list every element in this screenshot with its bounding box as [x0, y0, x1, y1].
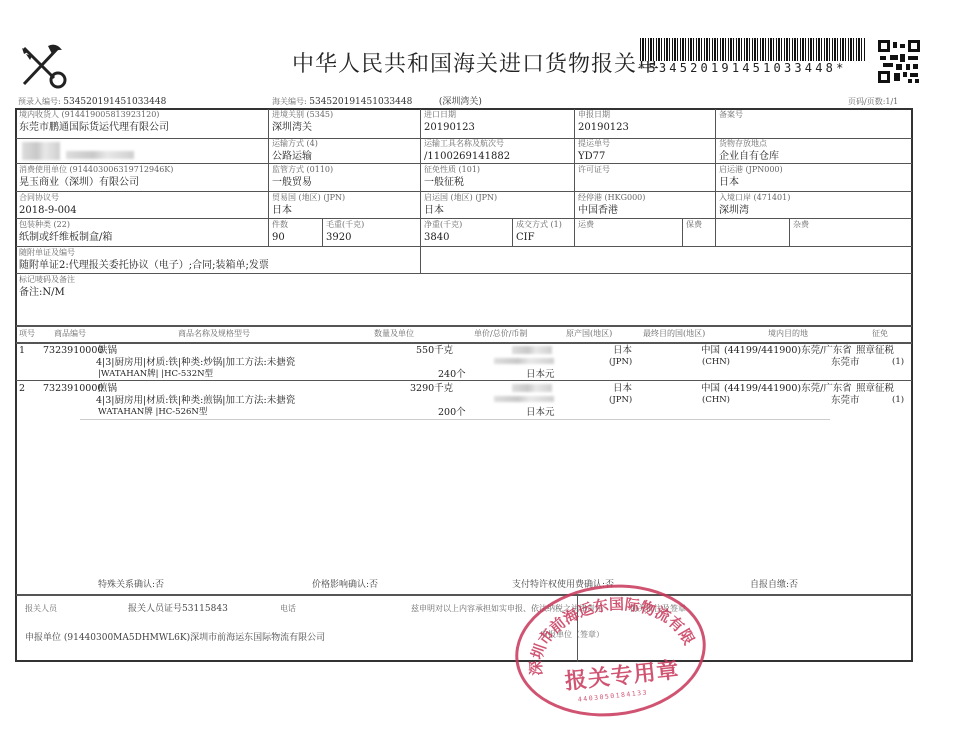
consumer-value: 晃玉商业（深圳）有限公司 — [19, 176, 173, 189]
contract-value: 2018-9-004 — [19, 204, 77, 217]
document-title: 中华人民共和国海关进口货物报关单 — [292, 47, 660, 78]
documents-label: 随附单证及编号 — [19, 248, 269, 258]
misc-fee-label: 杂费 — [793, 220, 809, 230]
item-tax: 照章征税 — [856, 382, 894, 395]
item-dest-code: (CHN) — [702, 394, 730, 407]
transport-mode-value: 公路运输 — [272, 150, 318, 163]
col-hs-code: 商品编号 — [54, 329, 86, 339]
page-indicator: 页码/页数:1/1 — [848, 97, 898, 107]
item-domestic-city: 东莞市 — [831, 394, 860, 407]
consumer-label: 消费使用单位 (914403006319712946K) — [19, 165, 173, 175]
redacted-total-price — [494, 358, 554, 364]
pieces-cell: 件数 90 — [272, 220, 288, 244]
customs-emblem-icon — [18, 40, 70, 90]
item-origin-code: (JPN) — [609, 394, 632, 407]
import-date-cell: 进口日期 20190123 — [424, 110, 475, 134]
tax-nature-value: 一般征税 — [424, 176, 480, 189]
entry-customs-cell: 进境关别 (5345) 深圳湾关 — [272, 110, 333, 134]
redacted-overseas-shipper-2 — [66, 151, 134, 159]
tax-nature-cell: 征免性质 (101) 一般征税 — [424, 165, 480, 189]
redacted-unit-price — [512, 384, 552, 392]
remarks-value: 备注:N/M — [19, 286, 75, 299]
via-port-cell: 经停港 (HKG000) 中国香港 — [578, 193, 645, 217]
customs-office: (深圳湾关) — [439, 97, 482, 107]
freight-cell: 运费 — [578, 220, 594, 231]
contract-cell: 合同协议号 2018-9-004 — [19, 193, 77, 217]
entry-port-label: 入境口岸 (471401) — [719, 193, 790, 203]
net-weight-cell: 净重(千克) 3840 — [424, 220, 462, 244]
import-date-value: 20190123 — [424, 121, 475, 134]
customs-no: 海关编号: 534520191451033448 (深圳湾关) — [272, 97, 482, 107]
insurance-label: 保费 — [686, 220, 702, 230]
departure-port-label: 启运港 (JPN000) — [719, 165, 783, 175]
pre-entry-value: 534520191451033448 — [63, 97, 166, 107]
item-qty-weight: 3290千克 — [410, 382, 453, 395]
col-tax: 征免 — [872, 329, 888, 339]
documents-value: 随附单证2:代理报关委托协议（电子）;合同;装箱单;发票 — [19, 259, 269, 272]
item-brand-model: WATAHAN牌 |HC-526N型 — [98, 406, 207, 419]
declarant-label: 报关人员 — [25, 604, 57, 614]
departure-port-value: 日本 — [719, 176, 783, 189]
trade-terms-value: CIF — [516, 231, 562, 244]
vehicle-value: /1100269141882 — [424, 150, 510, 163]
import-date-label: 进口日期 — [424, 110, 475, 120]
col-quantity: 数量及单位 — [374, 329, 414, 339]
declare-date-cell: 申报日期 20190123 — [578, 110, 629, 134]
customs-no-label: 海关编号: — [272, 97, 307, 106]
item-no: 2 — [19, 382, 25, 395]
price-impact-confirm: 价格影响确认:否 — [312, 580, 378, 590]
item-currency: 日本元 — [526, 406, 555, 419]
vehicle-label: 运输工具名称及航次号 — [424, 139, 510, 149]
customs-seal-stamp: 深圳市前海运东国际物流有限公司 报关专用章 4403050184133 — [509, 575, 713, 725]
net-weight-value: 3840 — [424, 231, 462, 244]
supervision-label: 监管方式 (0110) — [272, 165, 333, 175]
departure-port-cell: 启运港 (JPN000) 日本 — [719, 165, 783, 189]
consumer-cell: 消费使用单位 (914403006319712946K) 晃玉商业（深圳）有限公… — [19, 165, 173, 189]
entry-customs-value: 深圳湾关 — [272, 121, 333, 134]
table-row: 1 7323910000 铁锅 4|3|厨房用|材质:铁|种类:炒锅|加工方法:… — [16, 344, 912, 380]
storage-cell: 货物存放地点 企业自有仓库 — [719, 139, 779, 163]
customs-no-value: 534520191451033448 — [309, 97, 412, 107]
declarant-cert: 报关人员证号53115843 — [128, 604, 228, 614]
item-origin-code: (JPN) — [609, 356, 632, 369]
vehicle-cell: 运输工具名称及航次号 /1100269141882 — [424, 139, 510, 163]
declare-date-value: 20190123 — [578, 121, 629, 134]
license-cell: 许可证号 — [578, 165, 610, 176]
self-report-confirm: 自报自缴:否 — [750, 580, 798, 590]
item-dest-code: (CHN) — [702, 356, 730, 369]
consignee-label: 境内收货人 (914419005813923120) — [19, 110, 169, 120]
consignee-value: 东莞市鹏通国际货运代理有限公司 — [19, 121, 169, 134]
trade-country-cell: 贸易国 (地区) (JPN) 日本 — [272, 193, 345, 217]
gross-weight-cell: 毛重(千克) 3920 — [326, 220, 364, 244]
bill-no-value: YD77 — [578, 150, 610, 163]
col-final-dest: 最终目的国(地区) — [643, 329, 705, 339]
bill-no-label: 提运单号 — [578, 139, 610, 149]
trade-country-label: 贸易国 (地区) (JPN) — [272, 193, 345, 203]
storage-value: 企业自有仓库 — [719, 150, 779, 163]
redacted-total-price — [494, 396, 554, 402]
insurance-cell: 保费 — [686, 220, 702, 231]
record-no-label: 备案号 — [719, 110, 743, 120]
entry-customs-label: 进境关别 (5345) — [272, 110, 333, 120]
item-hs-code: 7323910000 — [43, 344, 103, 357]
contract-label: 合同协议号 — [19, 193, 77, 203]
redacted-unit-price — [512, 346, 552, 354]
tax-nature-label: 征免性质 (101) — [424, 165, 480, 175]
item-brand-model: |WATAHAN牌| |HC-532N型 — [98, 368, 213, 381]
via-port-label: 经停港 (HKG000) — [578, 193, 645, 203]
phone-label: 电话 — [280, 604, 296, 614]
bill-no-cell: 提运单号 YD77 — [578, 139, 610, 163]
item-tax-code: (1) — [892, 394, 904, 407]
supervision-value: 一般贸易 — [272, 176, 333, 189]
package-type-cell: 包装种类 (22) 纸制或纤维板制盒/箱 — [19, 220, 112, 244]
transport-mode-cell: 运输方式 (4) 公路运输 — [272, 139, 318, 163]
origin-country-label: 启运国 (地区) (JPN) — [424, 193, 497, 203]
col-domestic-dest: 境内目的地 — [768, 329, 808, 339]
item-currency: 日本元 — [526, 368, 555, 381]
origin-country-cell: 启运国 (地区) (JPN) 日本 — [424, 193, 497, 217]
item-tax-code: (1) — [892, 356, 904, 369]
entry-port-cell: 入境口岸 (471401) 深圳湾 — [719, 193, 790, 217]
supervision-cell: 监管方式 (0110) 一般贸易 — [272, 165, 333, 189]
documents-cell: 随附单证及编号 随附单证2:代理报关委托协议（电子）;合同;装箱单;发票 — [19, 248, 269, 272]
remarks-cell: 标记唛码及备注 备注:N/M — [19, 275, 75, 299]
entry-port-value: 深圳湾 — [719, 204, 790, 217]
pre-entry-no: 预录入编号: 534520191451033448 — [18, 97, 166, 107]
consignee-cell: 境内收货人 (914419005813923120) 东莞市鹏通国际货运代理有限… — [19, 110, 169, 134]
item-hs-code: 7323910000 — [43, 382, 103, 395]
remarks-label: 标记唛码及备注 — [19, 275, 75, 285]
declare-date-label: 申报日期 — [578, 110, 629, 120]
col-origin: 原产国(地区) — [566, 329, 612, 339]
license-label: 许可证号 — [578, 165, 610, 175]
barcode-number: *534520191451033448* — [638, 61, 847, 75]
transport-mode-label: 运输方式 (4) — [272, 139, 318, 149]
storage-label: 货物存放地点 — [719, 139, 779, 149]
redacted-overseas-shipper — [22, 142, 60, 160]
col-item-no: 项号 — [19, 329, 35, 339]
trade-terms-cell: 成交方式 (1) CIF — [516, 220, 562, 244]
misc-fee-cell: 杂费 — [793, 220, 809, 231]
pre-entry-label: 预录入编号: — [18, 97, 61, 106]
gross-weight-label: 毛重(千克) — [326, 220, 364, 230]
package-type-label: 包装种类 (22) — [19, 220, 112, 230]
item-qty-pieces: 200个 — [438, 406, 466, 419]
special-relation-confirm: 特殊关系确认:否 — [98, 580, 164, 590]
item-qty-weight: 550千克 — [416, 344, 453, 357]
record-no-cell: 备案号 — [719, 110, 743, 121]
net-weight-label: 净重(千克) — [424, 220, 462, 230]
via-port-value: 中国香港 — [578, 204, 645, 217]
table-row: 2 7323910000 煎锅 4|3|厨房用|材质:铁|种类:煎锅|加工方法:… — [16, 382, 912, 418]
item-tax: 照章征税 — [856, 344, 894, 357]
freight-label: 运费 — [578, 220, 594, 230]
col-price: 单价/总价/币制 — [474, 329, 527, 339]
package-type-value: 纸制或纤维板制盒/箱 — [19, 231, 112, 244]
barcode — [640, 38, 865, 61]
pieces-label: 件数 — [272, 220, 288, 230]
item-no: 1 — [19, 344, 25, 357]
qr-code-icon — [878, 40, 920, 83]
origin-country-value: 日本 — [424, 204, 497, 217]
col-goods-name: 商品名称及规格型号 — [178, 329, 250, 339]
pieces-value: 90 — [272, 231, 288, 244]
item-qty-pieces: 240个 — [438, 368, 466, 381]
stamp-ring-text: 深圳市前海运东国际物流有限公司 — [512, 579, 709, 723]
trade-country-value: 日本 — [272, 204, 345, 217]
gross-weight-value: 3920 — [326, 231, 364, 244]
declaring-unit: 申报单位 (91440300MA5DHMWL6K)深圳市前海运东国际物流有限公司 — [25, 633, 325, 643]
item-domestic-city: 东莞市 — [831, 356, 860, 369]
trade-terms-label: 成交方式 (1) — [516, 220, 562, 230]
